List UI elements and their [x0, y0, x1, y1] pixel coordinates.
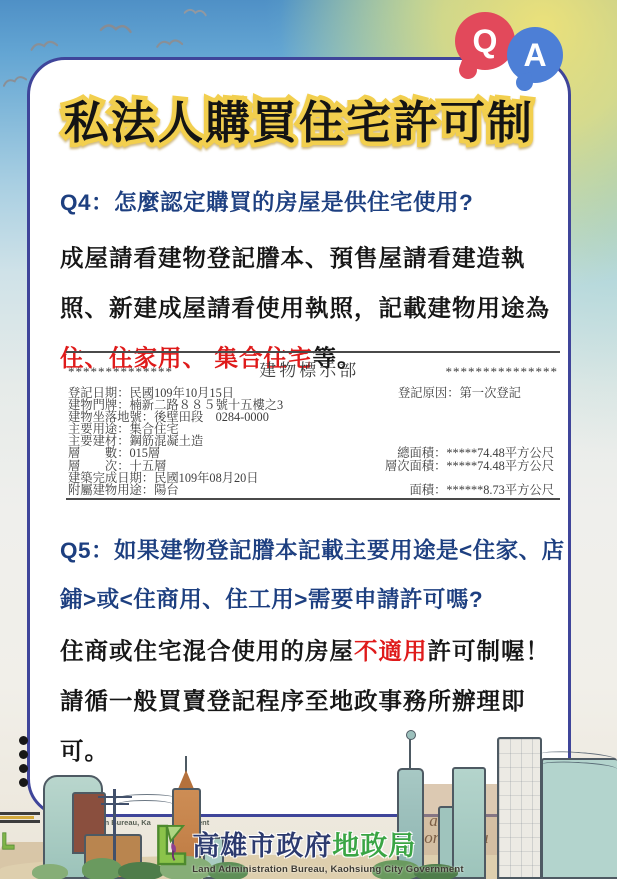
- street-line: [0, 820, 40, 823]
- page-title: 私法人購買住宅許可制: [30, 86, 568, 151]
- content-card: 私法人購買住宅許可制 Q4：怎麼認定購買的房屋是供住宅使用? 成屋請看建物登記謄…: [27, 57, 571, 817]
- registry-header: ************** 建物標示部 ***************: [68, 356, 558, 381]
- agency-name-zh: 高雄市政府地政局: [192, 824, 464, 863]
- traffic-light-dot: [19, 750, 28, 759]
- answer-bubble: A: [507, 27, 563, 83]
- q4-label: Q4：: [60, 190, 114, 215]
- question-bubble: Q: [455, 12, 515, 70]
- registry-cell: 層次面積：*****74.48平方公尺: [385, 460, 554, 472]
- bureau-logo-mini-icon: [1, 832, 15, 850]
- agency-name-en: Land Administration Bureau, Kaohsiung Ci…: [192, 864, 464, 875]
- agency-name-block: 高雄市政府地政局 Land Administration Bureau, Kao…: [192, 824, 464, 875]
- q4-question: Q4：怎麼認定購買的房屋是供住宅使用?: [60, 178, 566, 227]
- q5-label: Q5：: [60, 538, 114, 563]
- registry-row: 附屬建物用途：陽台面積：******8.73平方公尺: [68, 484, 558, 496]
- q5-question: Q5：如果建物登記謄本記載主要用途是<住家、店鋪>或<住商用、住工用>需要申請許…: [60, 526, 566, 624]
- registry-title: 建物標示部: [259, 356, 359, 381]
- a-letter: A: [523, 37, 546, 74]
- registry-cell: 面積：******8.73平方公尺: [410, 484, 555, 496]
- building-registry-document: ************** 建物標示部 *************** 登記日…: [66, 351, 560, 500]
- q5-section: Q5：如果建物登記謄本記載主要用途是<住家、店鋪>或<住商用、住工用>需要申請許…: [60, 526, 566, 776]
- stars-left: **************: [68, 364, 173, 380]
- q5-answer-highlight: 不適用: [354, 638, 428, 664]
- stars-right: ***************: [446, 364, 559, 380]
- traffic-light-dot: [19, 736, 28, 745]
- seagull-icon: [156, 35, 184, 51]
- seagull-icon: [99, 18, 132, 37]
- q5-question-text: 如果建物登記謄本記載主要用途是<住家、店鋪>或<住商用、住工用>需要申請許可嗎?: [60, 538, 565, 612]
- agency-dept: 地政局: [332, 831, 416, 861]
- registry-cell: 登記原因：第一次登記: [398, 387, 521, 399]
- street-line: [0, 812, 40, 815]
- q4-question-text: 怎麼認定購買的房屋是供住宅使用?: [114, 190, 473, 215]
- traffic-light-dot: [19, 778, 28, 787]
- q5-answer-text: 住商或住宅混合使用的房屋: [60, 638, 354, 664]
- bureau-logo-icon: [153, 824, 187, 866]
- q5-answer: 住商或住宅混合使用的房屋不適用許可制喔！請循一般買賣登記程序至地政事務所辦理即可…: [60, 626, 566, 776]
- street-line: [0, 816, 34, 819]
- q4-answer-text: 成屋請看建物登記謄本、預售屋請看建造執照、新建成屋請看使用執照，記載建物用途為: [60, 245, 550, 321]
- registry-cell: 總面積：*****74.48平方公尺: [397, 447, 554, 459]
- registry-cell: 附屬建物用途：陽台: [68, 483, 179, 497]
- traffic-light-dot: [19, 764, 28, 773]
- agency-logo: 高雄市政府地政局 Land Administration Bureau, Kao…: [153, 824, 464, 875]
- agency-gov: 高雄市政府: [192, 831, 332, 861]
- q-letter: Q: [473, 23, 498, 60]
